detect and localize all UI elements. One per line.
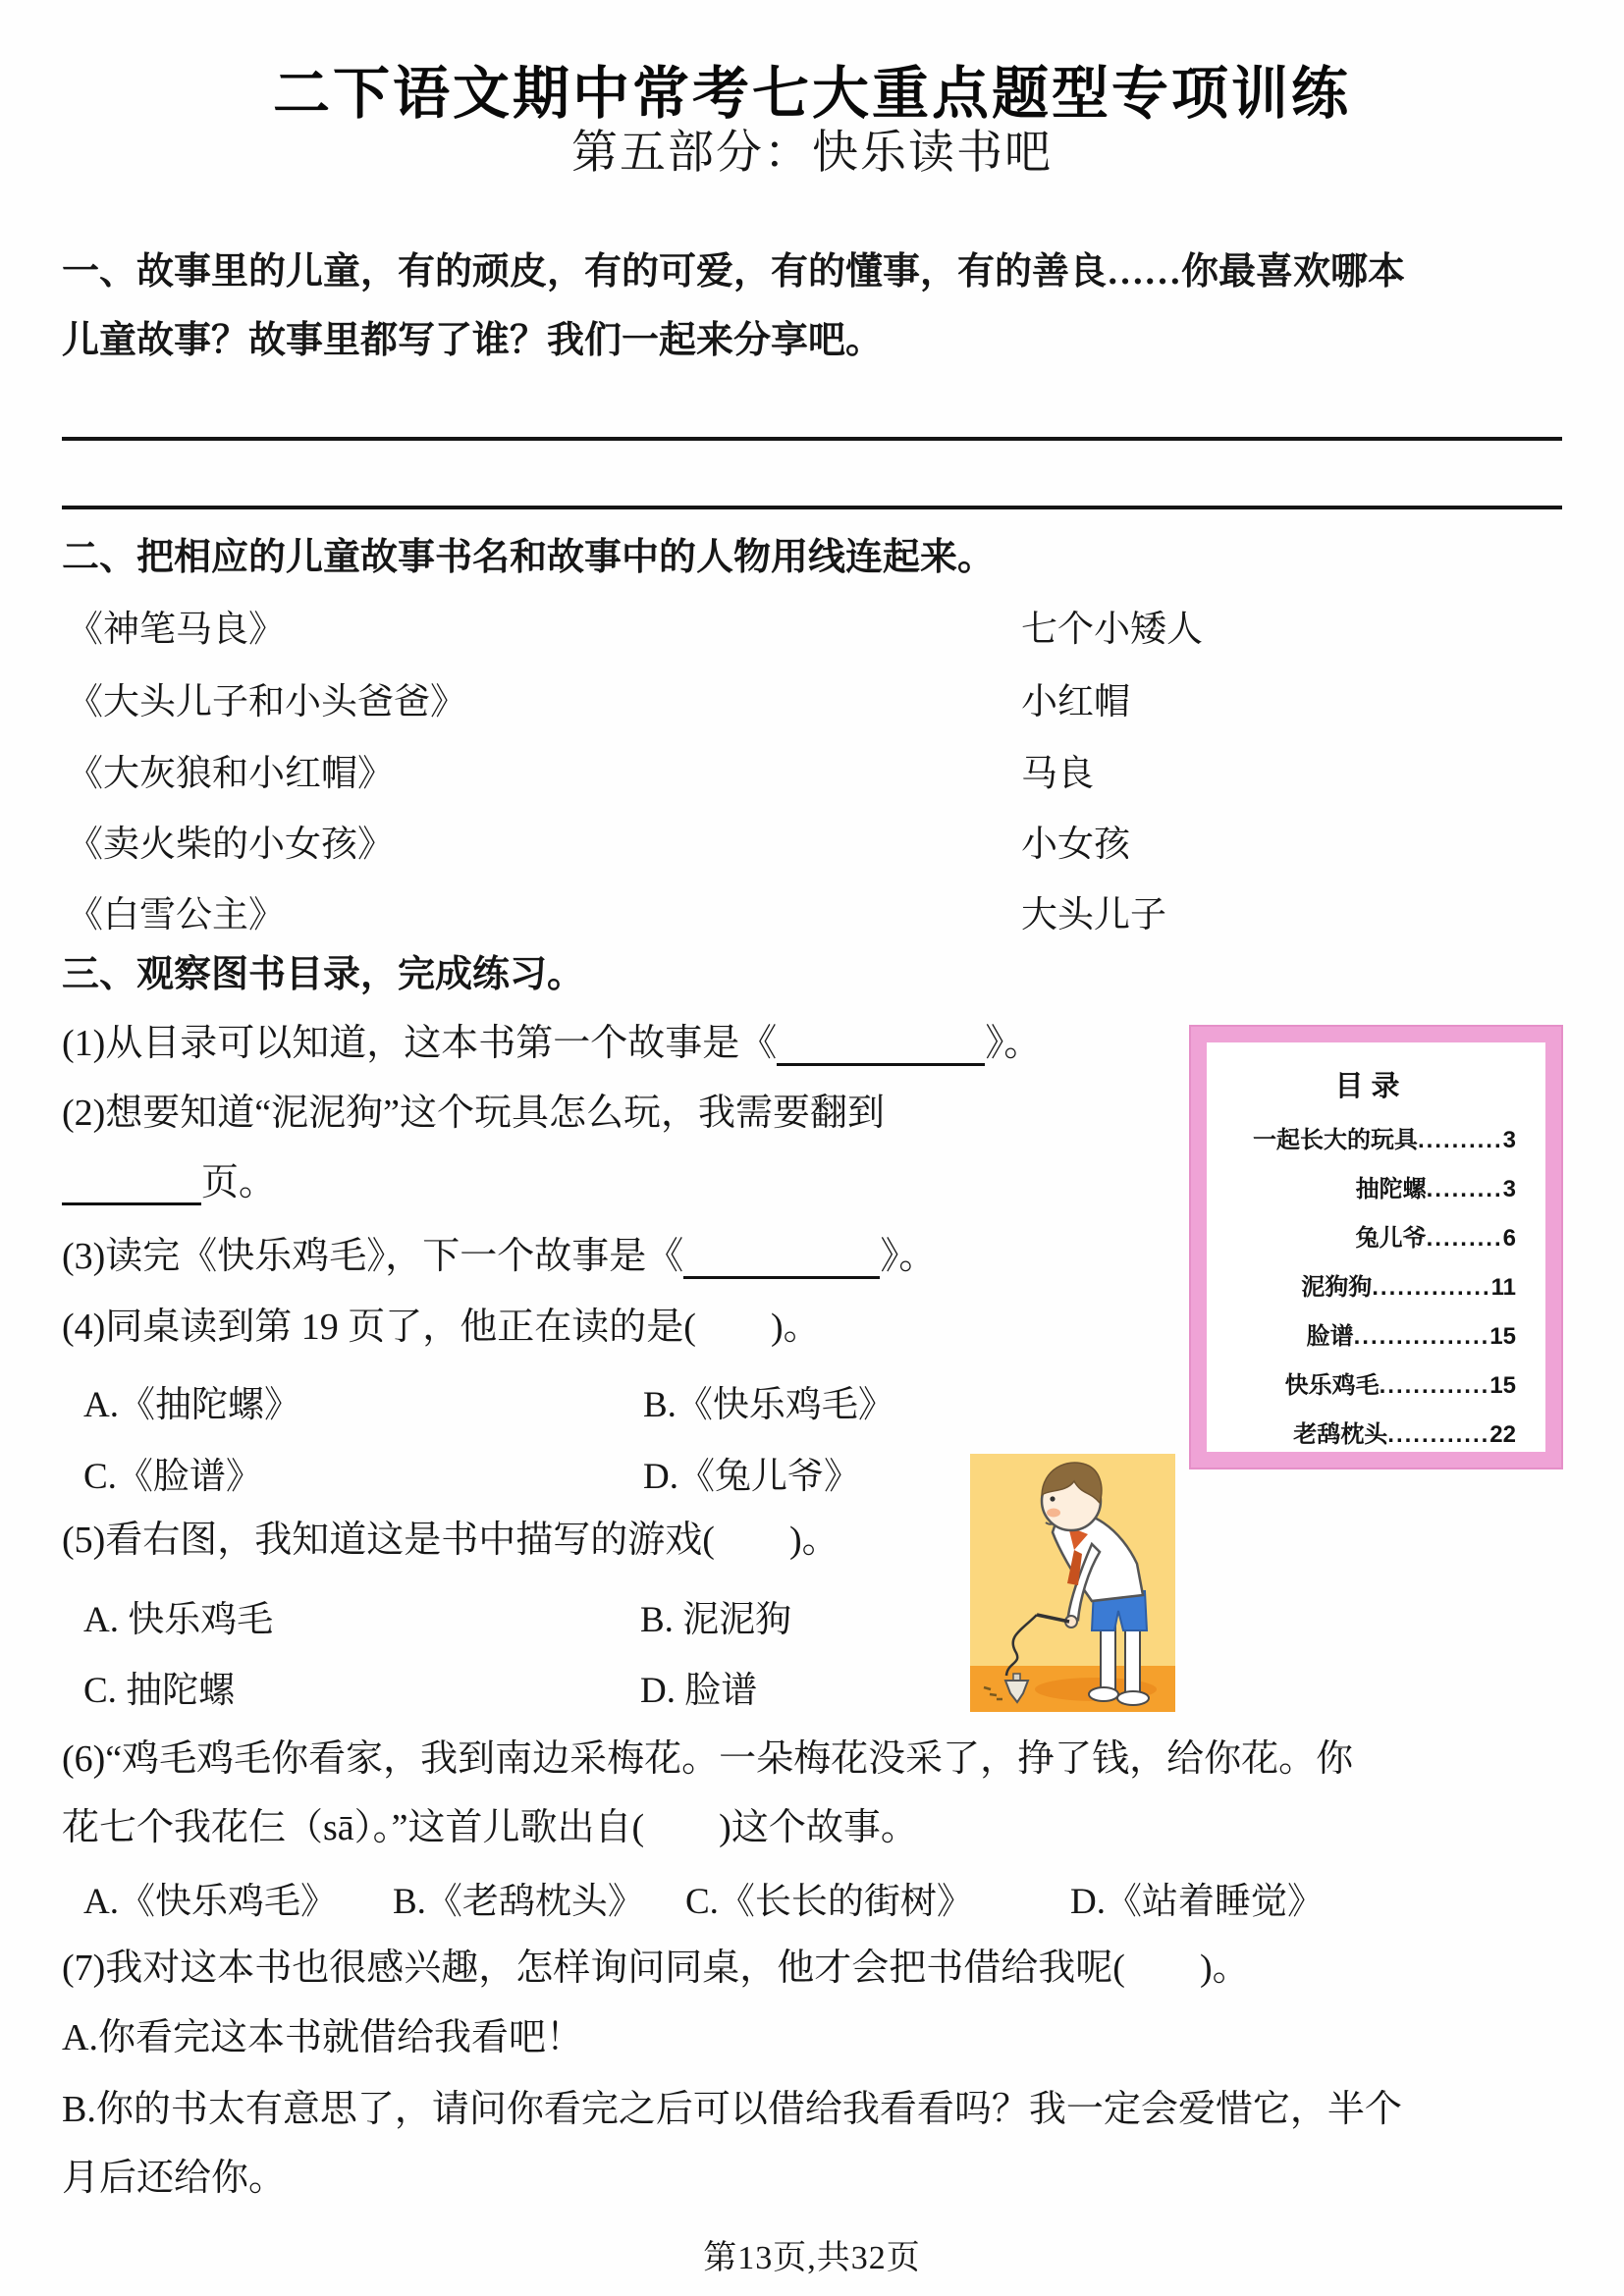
toc-title: 目录 bbox=[1226, 1064, 1516, 1104]
option-d: D. 脸谱 bbox=[640, 1660, 757, 1713]
toc-entry: 兔儿爷.........6 bbox=[1226, 1214, 1516, 1263]
toc-entry-dots: ............. bbox=[1380, 1372, 1490, 1399]
toc-entry-dots: ................ bbox=[1354, 1323, 1490, 1350]
toc-entry: 快乐鸡毛.............15 bbox=[1226, 1362, 1516, 1411]
toc-entry-dots: .......... bbox=[1418, 1127, 1503, 1153]
toc-entry-dots: ......... bbox=[1427, 1225, 1503, 1252]
fill-in-blank bbox=[683, 1239, 880, 1279]
page-subtitle: 第五部分：快乐读书吧 bbox=[0, 116, 1624, 182]
toc-entry-page: 3 bbox=[1503, 1176, 1516, 1202]
sub-question-2-line1: (2)想要知道“泥泥狗”这个玩具怎么玩，我需要翻到 bbox=[62, 1093, 885, 1136]
fill-in-blank bbox=[62, 1165, 201, 1205]
toc-entry-dots: ......... bbox=[1427, 1176, 1503, 1202]
sub-question-7: (7)我对这本书也很感兴趣，怎样询问同桌，他才会把书借给我呢( )。 bbox=[62, 1948, 1250, 1991]
sub1-text-post: 》。 bbox=[985, 1023, 1041, 1064]
sub-question-3: (3)读完《快乐鸡毛》，下一个故事是《》。 bbox=[62, 1236, 936, 1279]
toc-entry-page: 6 bbox=[1503, 1225, 1516, 1252]
sub3-text-post: 》。 bbox=[880, 1236, 936, 1277]
book-title: 《白雪公主》 bbox=[67, 884, 285, 937]
toc-entry-dots: .............. bbox=[1372, 1274, 1490, 1301]
story-character: 马良 bbox=[1021, 743, 1094, 796]
sub-question-4: (4)同桌读到第 19 页了，他正在读的是( )。 bbox=[62, 1307, 821, 1350]
question2-heading: 二、把相应的儿童故事书名和故事中的人物用线连起来。 bbox=[62, 537, 995, 580]
page-number-footer: 第13页,共32页 bbox=[0, 2230, 1624, 2278]
boy-playing-top-image bbox=[970, 1454, 1175, 1712]
option-b: B. 泥泥狗 bbox=[640, 1589, 791, 1642]
toc-entry-name: 快乐鸡毛 bbox=[1285, 1372, 1380, 1399]
option-b: B.《快乐鸡毛》 bbox=[643, 1374, 894, 1427]
sub5-options-row1: A. 快乐鸡毛 B. 泥泥狗 bbox=[0, 1589, 1624, 1634]
toc-entry: 一起长大的玩具..........3 bbox=[1226, 1116, 1516, 1165]
sub6-options-row: A.《快乐鸡毛》 B.《老鸹枕头》 C.《长长的街树》 D.《站着睡觉》 bbox=[0, 1871, 1624, 1916]
book-title: 《大灰狼和小红帽》 bbox=[67, 743, 394, 796]
option-c: C.《脸谱》 bbox=[83, 1446, 262, 1499]
toc-entry-name: 脸谱 bbox=[1307, 1323, 1354, 1350]
toc-entry-name: 一起长大的玩具 bbox=[1253, 1127, 1418, 1153]
toc-entry-page: 15 bbox=[1489, 1372, 1516, 1399]
toc-entry-page: 22 bbox=[1489, 1421, 1516, 1448]
sub-question-6-line1: (6)“鸡毛鸡毛你看家，我到南边采梅花。一朵梅花没采了，挣了钱，给你花。你 bbox=[62, 1738, 1353, 1782]
answer-blank-line bbox=[62, 506, 1562, 509]
option-a: A. 快乐鸡毛 bbox=[83, 1589, 273, 1642]
toc-entry-name: 泥狗狗 bbox=[1301, 1274, 1372, 1301]
story-character: 七个小矮人 bbox=[1021, 599, 1203, 652]
sub2-text-post: 页。 bbox=[201, 1162, 276, 1203]
toc-entry-name: 兔儿爷 bbox=[1356, 1225, 1427, 1252]
sub7-answer-b-line2: 月后还给你。 bbox=[62, 2158, 286, 2201]
sub1-text-pre: (1)从目录可以知道，这本书第一个故事是《 bbox=[62, 1023, 777, 1064]
option-c: C. 抽陀螺 bbox=[83, 1660, 235, 1713]
story-character: 小女孩 bbox=[1021, 814, 1130, 867]
worksheet-page: 二下语文期中常考七大重点题型专项训练 第五部分：快乐读书吧 一、故事里的儿童，有… bbox=[0, 0, 1624, 2296]
fill-in-blank bbox=[777, 1026, 985, 1066]
option-c: C.《长长的街树》 bbox=[685, 1871, 973, 1924]
option-a: A.《快乐鸡毛》 bbox=[83, 1871, 337, 1924]
toc-entry: 老鸹枕头............22 bbox=[1226, 1411, 1516, 1460]
toc-entry-page: 3 bbox=[1503, 1127, 1516, 1153]
sub5-options-row2: C. 抽陀螺 D. 脸谱 bbox=[0, 1660, 1624, 1705]
sub-question-6-line2: 花七个我花仨（sā）。”这首儿歌出自( )这个故事。 bbox=[62, 1807, 918, 1850]
sub3-text-pre: (3)读完《快乐鸡毛》，下一个故事是《 bbox=[62, 1236, 683, 1277]
toc-entry: 抽陀螺.........3 bbox=[1226, 1165, 1516, 1214]
sub-question-1: (1)从目录可以知道，这本书第一个故事是《》。 bbox=[62, 1023, 1041, 1066]
answer-blank-line bbox=[62, 437, 1562, 441]
sub-question-5: (5)看右图，我知道这是书中描写的游戏( )。 bbox=[62, 1520, 839, 1563]
option-d: D.《站着睡觉》 bbox=[1070, 1871, 1324, 1924]
toc-entry-page: 15 bbox=[1489, 1323, 1516, 1350]
story-character: 大头儿子 bbox=[1021, 884, 1166, 937]
question3-heading: 三、观察图书目录，完成练习。 bbox=[62, 954, 584, 997]
toc-entry: 泥狗狗..............11 bbox=[1226, 1263, 1516, 1312]
story-character: 小红帽 bbox=[1021, 671, 1130, 724]
toc-entry-dots: ............ bbox=[1387, 1421, 1489, 1448]
question1-line2: 儿童故事？故事里都写了谁？我们一起来分享吧。 bbox=[62, 320, 883, 363]
sub7-answer-b-line1: B.你的书太有意思了，请问你看完之后可以借给我看看吗？我一定会爱惜它，半个 bbox=[62, 2089, 1402, 2132]
toc-entry-page: 11 bbox=[1491, 1274, 1516, 1301]
option-b: B.《老鸹枕头》 bbox=[393, 1871, 644, 1924]
option-a: A.《抽陀螺》 bbox=[83, 1374, 300, 1427]
sub-question-2-line2: 页。 bbox=[62, 1162, 276, 1205]
toc-entry-name: 老鸹枕头 bbox=[1293, 1421, 1387, 1448]
toc-entry: 脸谱................15 bbox=[1226, 1312, 1516, 1362]
sub7-answer-a: A.你看完这本书就借给我看吧！ bbox=[62, 2017, 583, 2060]
book-title: 《大头儿子和小头爸爸》 bbox=[67, 671, 466, 724]
spinning-top-illustration bbox=[970, 1454, 1175, 1712]
book-title: 《神笔马良》 bbox=[67, 599, 285, 652]
book-title: 《卖火柴的小女孩》 bbox=[67, 814, 394, 867]
question1-line1: 一、故事里的儿童，有的顽皮，有的可爱，有的懂事，有的善良……你最喜欢哪本 bbox=[62, 251, 1405, 294]
toc-entry-name: 抽陀螺 bbox=[1356, 1176, 1427, 1202]
option-d: D.《兔儿爷》 bbox=[643, 1446, 860, 1499]
toc-box: 目录 一起长大的玩具..........3 抽陀螺.........3 兔儿爷.… bbox=[1191, 1027, 1561, 1468]
